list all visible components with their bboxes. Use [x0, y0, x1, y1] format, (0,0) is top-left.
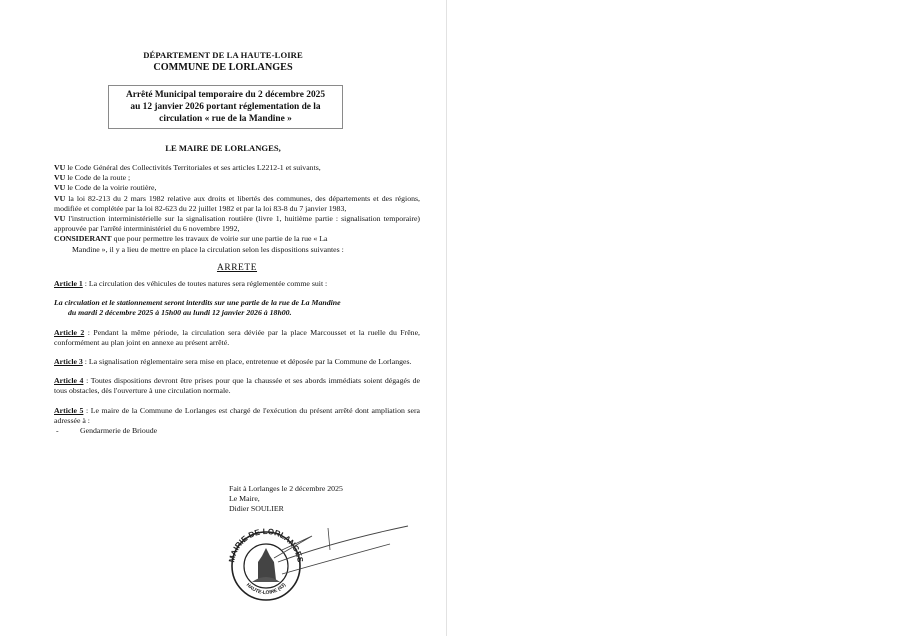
article-5: Article 5 : Le maire de la Commune de Lo… — [54, 406, 420, 426]
stamp-bottom-text: HAUTE-LOIRE (43) — [245, 582, 288, 596]
svg-text:HAUTE-LOIRE (43): HAUTE-LOIRE (43) — [245, 582, 288, 596]
article-4: Article 4 : Toutes dispositions devront … — [54, 376, 420, 396]
article-3: Article 3 : La signalisation réglementai… — [54, 357, 420, 367]
commune-heading: COMMUNE DE LORLANGES — [0, 62, 446, 73]
visa-item: VU le Code de la voirie routière, — [54, 183, 420, 193]
decree-title-line: circulation « rue de la Mandine » — [109, 113, 342, 125]
decree-title-box: Arrêté Municipal temporaire du 2 décembr… — [108, 85, 343, 129]
document-page: DÉPARTEMENT DE LA HAUTE-LOIRE COMMUNE DE… — [0, 0, 446, 636]
considerant: CONSIDERANT que pour permettre les trava… — [54, 234, 420, 254]
visa-item: VU le Code Général des Collectivités Ter… — [54, 163, 420, 173]
article-1-detail: La circulation et le stationnement seron… — [54, 298, 420, 318]
department-heading: DÉPARTEMENT DE LA HAUTE-LOIRE — [0, 50, 446, 60]
decree-body: VU le Code Général des Collectivités Ter… — [54, 163, 420, 436]
signatory-name: Didier SOULIER — [229, 504, 343, 514]
recipient-item: -Gendarmerie de Brioude — [54, 426, 420, 436]
visa-item: VU l'instruction interministérielle sur … — [54, 214, 420, 234]
article-2: Article 2 : Pendant la même période, la … — [54, 328, 420, 348]
arrete-heading: ARRETE — [54, 263, 420, 273]
mairie-stamp-and-signature: MAIRIE DE LORLANGES HAUTE-LOIRE (43) — [222, 522, 412, 602]
signoff-block: Fait à Lorlanges le 2 décembre 2025 Le M… — [229, 484, 343, 515]
article-1: Article 1 : La circulation des véhicules… — [54, 279, 420, 289]
maire-heading: LE MAIRE DE LORLANGES, — [0, 143, 446, 153]
page-edge-divider — [446, 0, 447, 636]
decree-title-line: au 12 janvier 2026 portant réglementatio… — [109, 101, 342, 113]
decree-title-line: Arrêté Municipal temporaire du 2 décembr… — [109, 89, 342, 101]
visa-item: VU la loi 82-213 du 2 mars 1982 relative… — [54, 194, 420, 214]
place-date: Fait à Lorlanges le 2 décembre 2025 — [229, 484, 343, 494]
signatory-role: Le Maire, — [229, 494, 343, 504]
visa-item: VU le Code de la route ; — [54, 173, 420, 183]
